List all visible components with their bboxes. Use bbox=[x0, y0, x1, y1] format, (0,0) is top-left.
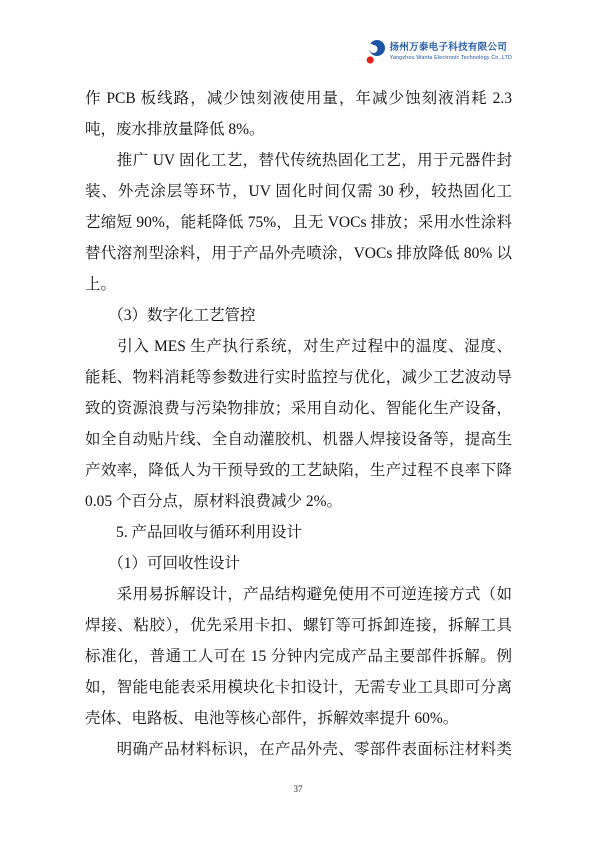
text-line: 推广 UV 固化工艺，替代传统热固化工艺，用于元器件封 bbox=[85, 145, 512, 176]
text-line: 致的资源浪费与污染物排放；采用自动化、智能化生产设备， bbox=[85, 393, 512, 424]
text-line: 引入 MES 生产执行系统，对生产过程中的温度、湿度、 bbox=[85, 331, 512, 362]
text-line: 明确产品材料标识，在产品外壳、零部件表面标注材料类 bbox=[85, 734, 512, 765]
text-line: 上。 bbox=[85, 269, 512, 300]
company-name-en: Yangzhou Wanta Electronic Technology Co.… bbox=[389, 54, 512, 62]
document-page: 扬州万泰电子科技有限公司 Yangzhou Wanta Electronic T… bbox=[0, 0, 596, 842]
text-line: 标准化，普通工人可在 15 分钟内完成产品主要部件拆解。例 bbox=[85, 641, 512, 672]
company-name-cn: 扬州万泰电子科技有限公司 bbox=[389, 42, 512, 54]
text-line: 替代溶剂型涂料，用于产品外壳喷涂，VOCs 排放降低 80% 以 bbox=[85, 238, 512, 269]
text-line: 5. 产品回收与循环利用设计 bbox=[85, 517, 512, 548]
company-logo: 扬州万泰电子科技有限公司 Yangzhou Wanta Electronic T… bbox=[366, 39, 512, 66]
text-line: 能耗、物料消耗等参数进行实时监控与优化，减少工艺波动导 bbox=[85, 362, 512, 393]
text-line: 装、外壳涂层等环节，UV 固化时间仅需 30 秒，较热固化工 bbox=[85, 176, 512, 207]
text-line: 0.05 个百分点，原材料浪费减少 2%。 bbox=[85, 486, 512, 517]
text-line: 如，智能电能表采用模块化卡扣设计，无需专业工具即可分离 bbox=[85, 672, 512, 703]
text-line: 如全自动贴片线、全自动灌胶机、机器人焊接设备等，提高生 bbox=[85, 424, 512, 455]
page-footer: 37 bbox=[0, 779, 596, 797]
document-body: 作 PCB 板线路，减少蚀刻液使用量，年减少蚀刻液消耗 2.3吨，废水排放量降低… bbox=[85, 83, 512, 765]
text-line: 艺缩短 90%，能耗降低 75%，且无 VOCs 排放；采用水性涂料 bbox=[85, 207, 512, 238]
text-line: 采用易拆解设计，产品结构避免使用不可逆连接方式（如 bbox=[85, 579, 512, 610]
text-line: 产效率，降低人为干预导致的工艺缺陷，生产过程不良率下降 bbox=[85, 455, 512, 486]
text-line: 作 PCB 板线路，减少蚀刻液使用量，年减少蚀刻液消耗 2.3 bbox=[85, 83, 512, 114]
text-line: 吨，废水排放量降低 8%。 bbox=[85, 114, 512, 145]
text-line: （1）可回收性设计 bbox=[85, 548, 512, 579]
text-line: （3）数字化工艺管控 bbox=[85, 300, 512, 331]
company-logo-text: 扬州万泰电子科技有限公司 Yangzhou Wanta Electronic T… bbox=[389, 39, 512, 62]
company-logo-icon bbox=[366, 39, 385, 66]
text-line: 壳体、电路板、电池等核心部件，拆解效率提升 60%。 bbox=[85, 703, 512, 734]
page-number: 37 bbox=[294, 784, 303, 794]
text-line: 焊接、粘胶），优先采用卡扣、螺钉等可拆卸连接，拆解工具 bbox=[85, 610, 512, 641]
